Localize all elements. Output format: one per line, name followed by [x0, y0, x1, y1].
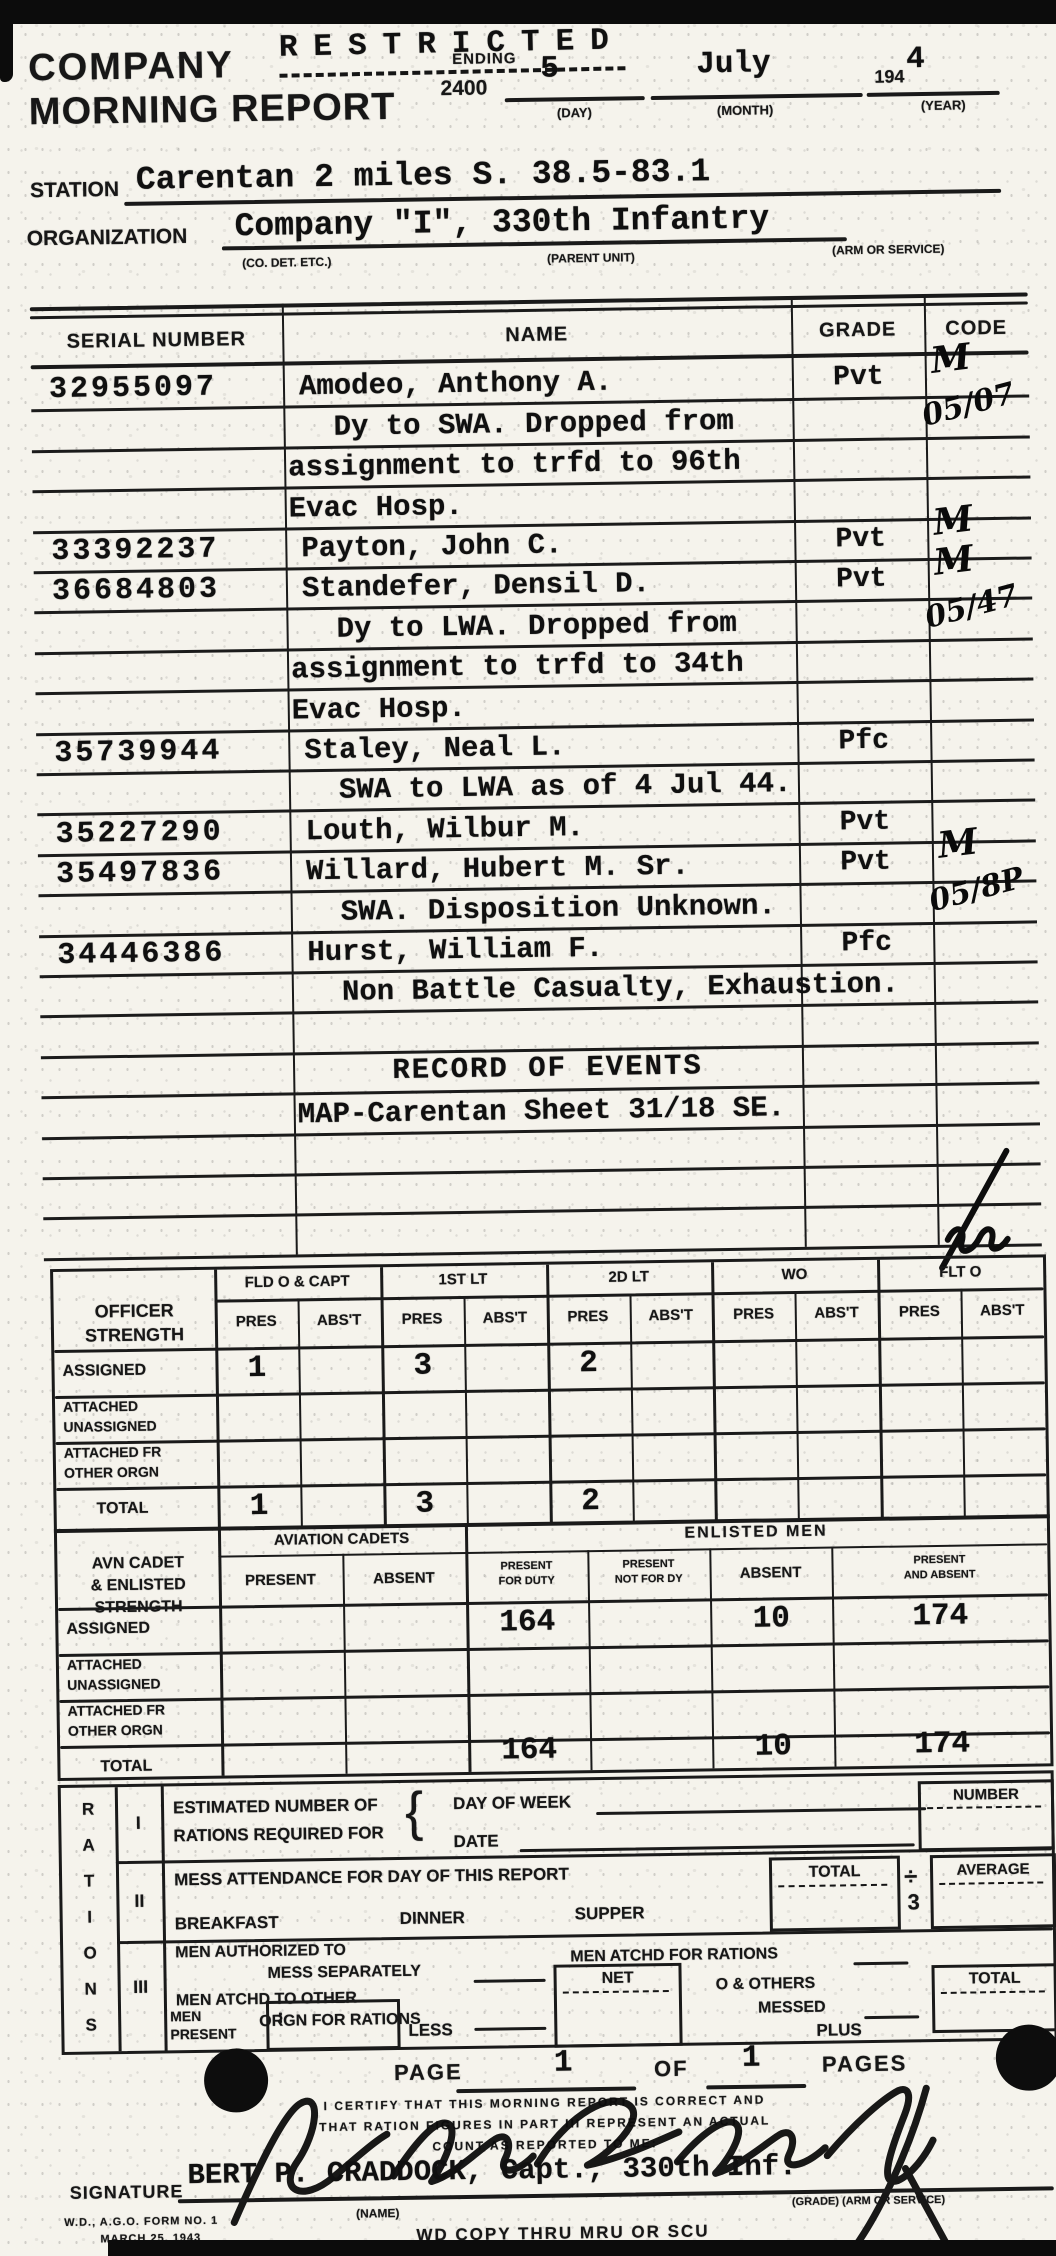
roster-name: Payton, John C. [301, 528, 563, 565]
cadet-strength-table: AVN CADET& ENLISTEDSTRENGTHAVIATION CADE… [54, 1514, 1054, 1781]
roster-name: Staley, Neal L. [304, 730, 566, 767]
report-sheet: COMPANY MORNING REPORT RESTRICTED ENDING… [0, 0, 1056, 2256]
ending-time: 2400 [440, 76, 487, 101]
divisor: 3 [907, 1889, 920, 1915]
day-of-week-line [596, 1807, 926, 1815]
roster-serial: 32955097 [49, 371, 218, 407]
cadet-strength-value: 164 [469, 1732, 590, 1769]
roster-header-grade: GRADE [791, 318, 924, 343]
officer-subheader: ABS'T [298, 1311, 381, 1329]
enlisted-men-header: ENLISTED MEN [465, 1519, 1047, 1546]
officer-strength-title: STRENGTH [54, 1324, 215, 1347]
roster-name: Amodeo, Anthony A. [299, 366, 613, 404]
rations-letter: A [61, 1835, 115, 1856]
officer-subheader: PRES [878, 1303, 961, 1321]
organization-parent-hint: (PARENT UNIT) [547, 250, 635, 265]
officer-group-divider [711, 1262, 718, 1520]
supper-label: SUPPER [575, 1903, 645, 1924]
form-title-line1: COMPANY [28, 44, 234, 90]
station-label: STATION [30, 178, 119, 203]
roster-note: assignment to trfd to 96th [288, 445, 741, 485]
men-authorized-label-1: MEN AUTHORIZED TO [175, 1942, 346, 1963]
men-present-colon: : [277, 2006, 284, 2029]
roster-grade: Pvt [795, 563, 928, 596]
cadet-subheader: PRESENT [465, 1559, 587, 1573]
others-label-2: MESSED [758, 1999, 826, 2018]
rations-total-rule [941, 1989, 1045, 1994]
officer-subheader: PRES [712, 1305, 795, 1323]
cadet-subheader: ABSENT [710, 1564, 832, 1583]
roster-serial: 36684803 [52, 573, 221, 609]
cadet-subheader: AND ABSENT [832, 1567, 1048, 1582]
cadet-row-label: UNASSIGNED [67, 1676, 161, 1693]
year-printed: 194 [874, 66, 904, 87]
men-present-label-2: PRESENT [170, 2025, 236, 2042]
rations-numeral-2: II [116, 1891, 162, 1913]
officer-sub-divider [961, 1289, 966, 1517]
organization-label: ORGANIZATION [27, 225, 188, 251]
roster-note: assignment to trfd to 34th [291, 647, 744, 687]
men-present-box: : [266, 1999, 401, 2051]
average-box: AVERAGE [930, 1853, 1056, 1929]
number-box-label: NUMBER [921, 1785, 1051, 1804]
roster-serial: 35739944 [54, 734, 223, 770]
officer-row-label: TOTAL [96, 1500, 148, 1519]
cadet-row-label: ASSIGNED [66, 1620, 150, 1639]
cadet-strength-title: AVN CADET [57, 1554, 218, 1574]
net-box-label: NET [557, 1969, 679, 1989]
station-value: Carentan 2 miles S. 38.5-83.1 [136, 153, 711, 199]
officer-strength-value: 1 [219, 1488, 300, 1524]
cadet-row-label: TOTAL [100, 1758, 152, 1777]
cadet-subheader: ABSENT [342, 1569, 466, 1588]
mess-attendance-label: MESS ATTENDANCE FOR DAY OF THIS REPORT [174, 1864, 569, 1890]
officer-strength-table: OFFICERSTRENGTHFLD O & CAPTPRESABS'T1ST … [50, 1254, 1050, 1533]
cadet-subheader: PRESENT [831, 1552, 1047, 1567]
cadet-row-label: OTHER ORGN [68, 1721, 163, 1738]
rations-section: RATIONS I II III ESTIMATED NUMBER OF RAT… [58, 1770, 1056, 2055]
roster-serial: 34446386 [57, 936, 226, 972]
ending-label: ENDING [452, 50, 517, 68]
roster-name: Standefer, Densil D. [302, 568, 651, 606]
officer-row-label: UNASSIGNED [63, 1418, 157, 1435]
roster-header-name: NAME [282, 320, 791, 351]
cadet-row-rule [59, 1639, 1049, 1657]
cadet-row-rule [59, 1685, 1049, 1703]
roster-table: SERIAL NUMBERNAMEGRADECODE32955097Amodeo… [30, 292, 1042, 1258]
rations-letter: I [63, 1907, 117, 1928]
cadet-subheader: PRESENT [219, 1571, 343, 1590]
estimated-rations-label-2: RATIONS REQUIRED FOR [173, 1823, 384, 1846]
divide-sign: ÷ [904, 1863, 918, 1891]
plus-label: PLUS [816, 2020, 862, 2041]
date-label: DATE [453, 1832, 498, 1853]
punch-hole-right [995, 2024, 1056, 2091]
roster-note: MAP-Carentan Sheet 31/18 SE. [298, 1091, 786, 1131]
aviation-cadets-header: AVIATION CADETS [218, 1529, 465, 1550]
officer-row-label: ATTACHED FR [64, 1443, 162, 1460]
mess-total-rule [778, 1883, 887, 1888]
scan-edge-top [0, 0, 1056, 24]
dinner-label: DINNER [400, 1908, 465, 1929]
cadet-subheader: PRESENT [587, 1557, 709, 1571]
cadet-strength-value: 174 [882, 1726, 1003, 1763]
cadet-strength-value: 164 [467, 1604, 588, 1641]
officer-group-header: FLT O [877, 1262, 1043, 1281]
cadet-subheader: FOR DUTY [466, 1574, 588, 1588]
form-title-line2: MORNING REPORT [29, 86, 396, 134]
men-authorized-label-2: MESS SEPARATELY [267, 1963, 421, 1983]
officer-row-label: ASSIGNED [62, 1362, 146, 1381]
officer-strength-value: 2 [548, 1346, 629, 1382]
roster-section-title: RECORD OF EVENTS [293, 1048, 802, 1089]
roster-grade: Pvt [798, 806, 931, 839]
handwritten-code: M [931, 537, 976, 583]
roster-name: Louth, Wilbur M. [305, 811, 584, 848]
officer-strength-value: 3 [385, 1486, 466, 1522]
morning-report-page: COMPANY MORNING REPORT RESTRICTED ENDING… [0, 0, 1056, 2256]
cadet-row-label: ATTACHED [67, 1656, 142, 1673]
roster-serial: 33392237 [51, 533, 220, 569]
rations-numeral-3: III [118, 1976, 164, 1998]
roster-note: Dy to LWA. Dropped from [336, 607, 737, 646]
roster-note: Non Battle Casualty, Exhaustion. [342, 968, 899, 1009]
month-underline [651, 93, 863, 100]
year-typed: 4 [906, 42, 925, 77]
officer-group-header: WO [711, 1265, 877, 1284]
rations-numeral-divider [161, 1786, 168, 2050]
officer-subheader: PRES [380, 1310, 463, 1328]
roster-note: Evac Hosp. [292, 691, 467, 727]
men-atchd-line [853, 1961, 908, 1965]
roster-note: Evac Hosp. [289, 489, 464, 525]
officer-subheader: ABS'T [629, 1306, 712, 1324]
signature-grade-hint: (GRADE) (ARM OR SERVICE) [792, 2194, 945, 2208]
day-underline [505, 96, 645, 102]
signature-label: SIGNATURE [70, 2181, 184, 2204]
cadet-strength-value: 174 [880, 1598, 1001, 1635]
number-box: NUMBER [918, 1779, 1055, 1851]
less-label: LESS [408, 2020, 453, 2041]
net-box: NET [553, 1963, 682, 2048]
cadet-strength-title: & ENLISTED [58, 1576, 219, 1596]
rations-letter: S [64, 2015, 118, 2036]
mess-total-box: TOTAL [769, 1856, 901, 1932]
officer-strength-value: 3 [383, 1348, 464, 1384]
breakfast-label: BREAKFAST [175, 1913, 279, 1935]
officer-sub-divider [795, 1291, 800, 1519]
officer-row-label: ATTACHED [63, 1398, 138, 1415]
roster-grade: Pfc [797, 725, 930, 758]
rations-letters: RATIONS [61, 1787, 119, 2052]
officer-strength-title: OFFICER [54, 1300, 215, 1323]
year-underline [867, 91, 1000, 97]
roster-note: SWA to LWA as of 4 Jul 44. [339, 767, 792, 807]
cadet-strength-value: 10 [713, 1729, 834, 1766]
rations-letter: O [63, 1943, 117, 1964]
day-hint: (DAY) [557, 105, 592, 121]
orgn-rations-line [474, 2027, 546, 2031]
scan-edge-bottom [108, 2240, 1056, 2256]
officer-strength-value: 2 [550, 1484, 631, 1520]
roster-note: Dy to SWA. Dropped from [333, 405, 734, 444]
roster-header-code: CODE [924, 316, 1028, 341]
mess-separately-line [474, 1979, 546, 1983]
others-label-1: O & OTHERS [716, 1975, 816, 1994]
net-box-rule [563, 1989, 669, 1994]
handwritten-code: M [928, 335, 973, 381]
officer-subheader: PRES [546, 1308, 629, 1326]
cadet-strength-value: 10 [711, 1601, 832, 1638]
year-hint: (YEAR) [921, 97, 966, 113]
officer-group-header: 1ST LT [380, 1270, 546, 1289]
roster-grade: Pfc [800, 927, 933, 960]
handwritten-code: M [931, 497, 976, 543]
month-hint: (MONTH) [717, 102, 774, 118]
form-number-line1: W.D., A.G.O. FORM NO. 1 [64, 2215, 218, 2229]
cadet-row-label: ATTACHED FR [67, 1701, 165, 1718]
rations-brace: { [405, 1781, 424, 1843]
mess-total-label: TOTAL [772, 1863, 897, 1883]
officer-subheader: ABS'T [463, 1309, 546, 1327]
officer-subheader: ABS'T [961, 1301, 1044, 1319]
roster-name: Hurst, William F. [307, 932, 603, 969]
month-value: July [696, 46, 771, 82]
roster-serial: 35227290 [55, 815, 224, 851]
rations-numeral-1: I [115, 1813, 161, 1835]
officer-subheader: ABS'T [795, 1304, 878, 1322]
roster-serial: 35497836 [56, 856, 225, 892]
scan-edge-top-left-blob [0, 20, 13, 82]
organization-unit-hint: (CO. DET. ETC.) [242, 255, 332, 270]
rations-letter: T [62, 1871, 116, 1892]
roster-grade: Pvt [794, 523, 927, 556]
roster-note: SWA. Disposition Unknown. [341, 889, 777, 928]
rations-letter: R [61, 1799, 115, 1820]
men-present-label-1: MEN [170, 2008, 201, 2024]
roster-header-serial: SERIAL NUMBER [30, 328, 282, 355]
roster-name: Willard, Hubert M. Sr. [306, 850, 689, 889]
messed-line [864, 2015, 919, 2019]
average-box-rule [939, 1880, 1043, 1885]
rations-total-label: TOTAL [935, 1969, 1055, 1989]
average-box-label: AVERAGE [933, 1860, 1053, 1879]
roster-grade: Pvt [799, 846, 932, 879]
rations-total-box: TOTAL [931, 1963, 1056, 2033]
officer-group-header: 2D LT [546, 1267, 712, 1286]
signature-name-hint: (NAME) [356, 2206, 400, 2221]
officer-group-header: FLD O & CAPT [214, 1272, 380, 1291]
number-box-rule [927, 1804, 1041, 1809]
officer-subheader: PRES [215, 1312, 298, 1330]
day-value: 5 [540, 51, 559, 86]
estimated-rations-label-1: ESTIMATED NUMBER OF [173, 1795, 378, 1818]
officer-row-label: OTHER ORGN [64, 1464, 159, 1481]
day-of-week-label: DAY OF WEEK [453, 1792, 571, 1814]
rations-letter: N [64, 1979, 118, 2000]
officer-group-divider [877, 1260, 884, 1518]
roster-grade: Pvt [792, 361, 925, 394]
organization-arm-hint: (ARM OR SERVICE) [832, 242, 945, 258]
officer-strength-value: 1 [217, 1350, 298, 1386]
handwritten-code: M [935, 820, 980, 866]
cadet-subheader: NOT FOR DY [588, 1572, 710, 1586]
